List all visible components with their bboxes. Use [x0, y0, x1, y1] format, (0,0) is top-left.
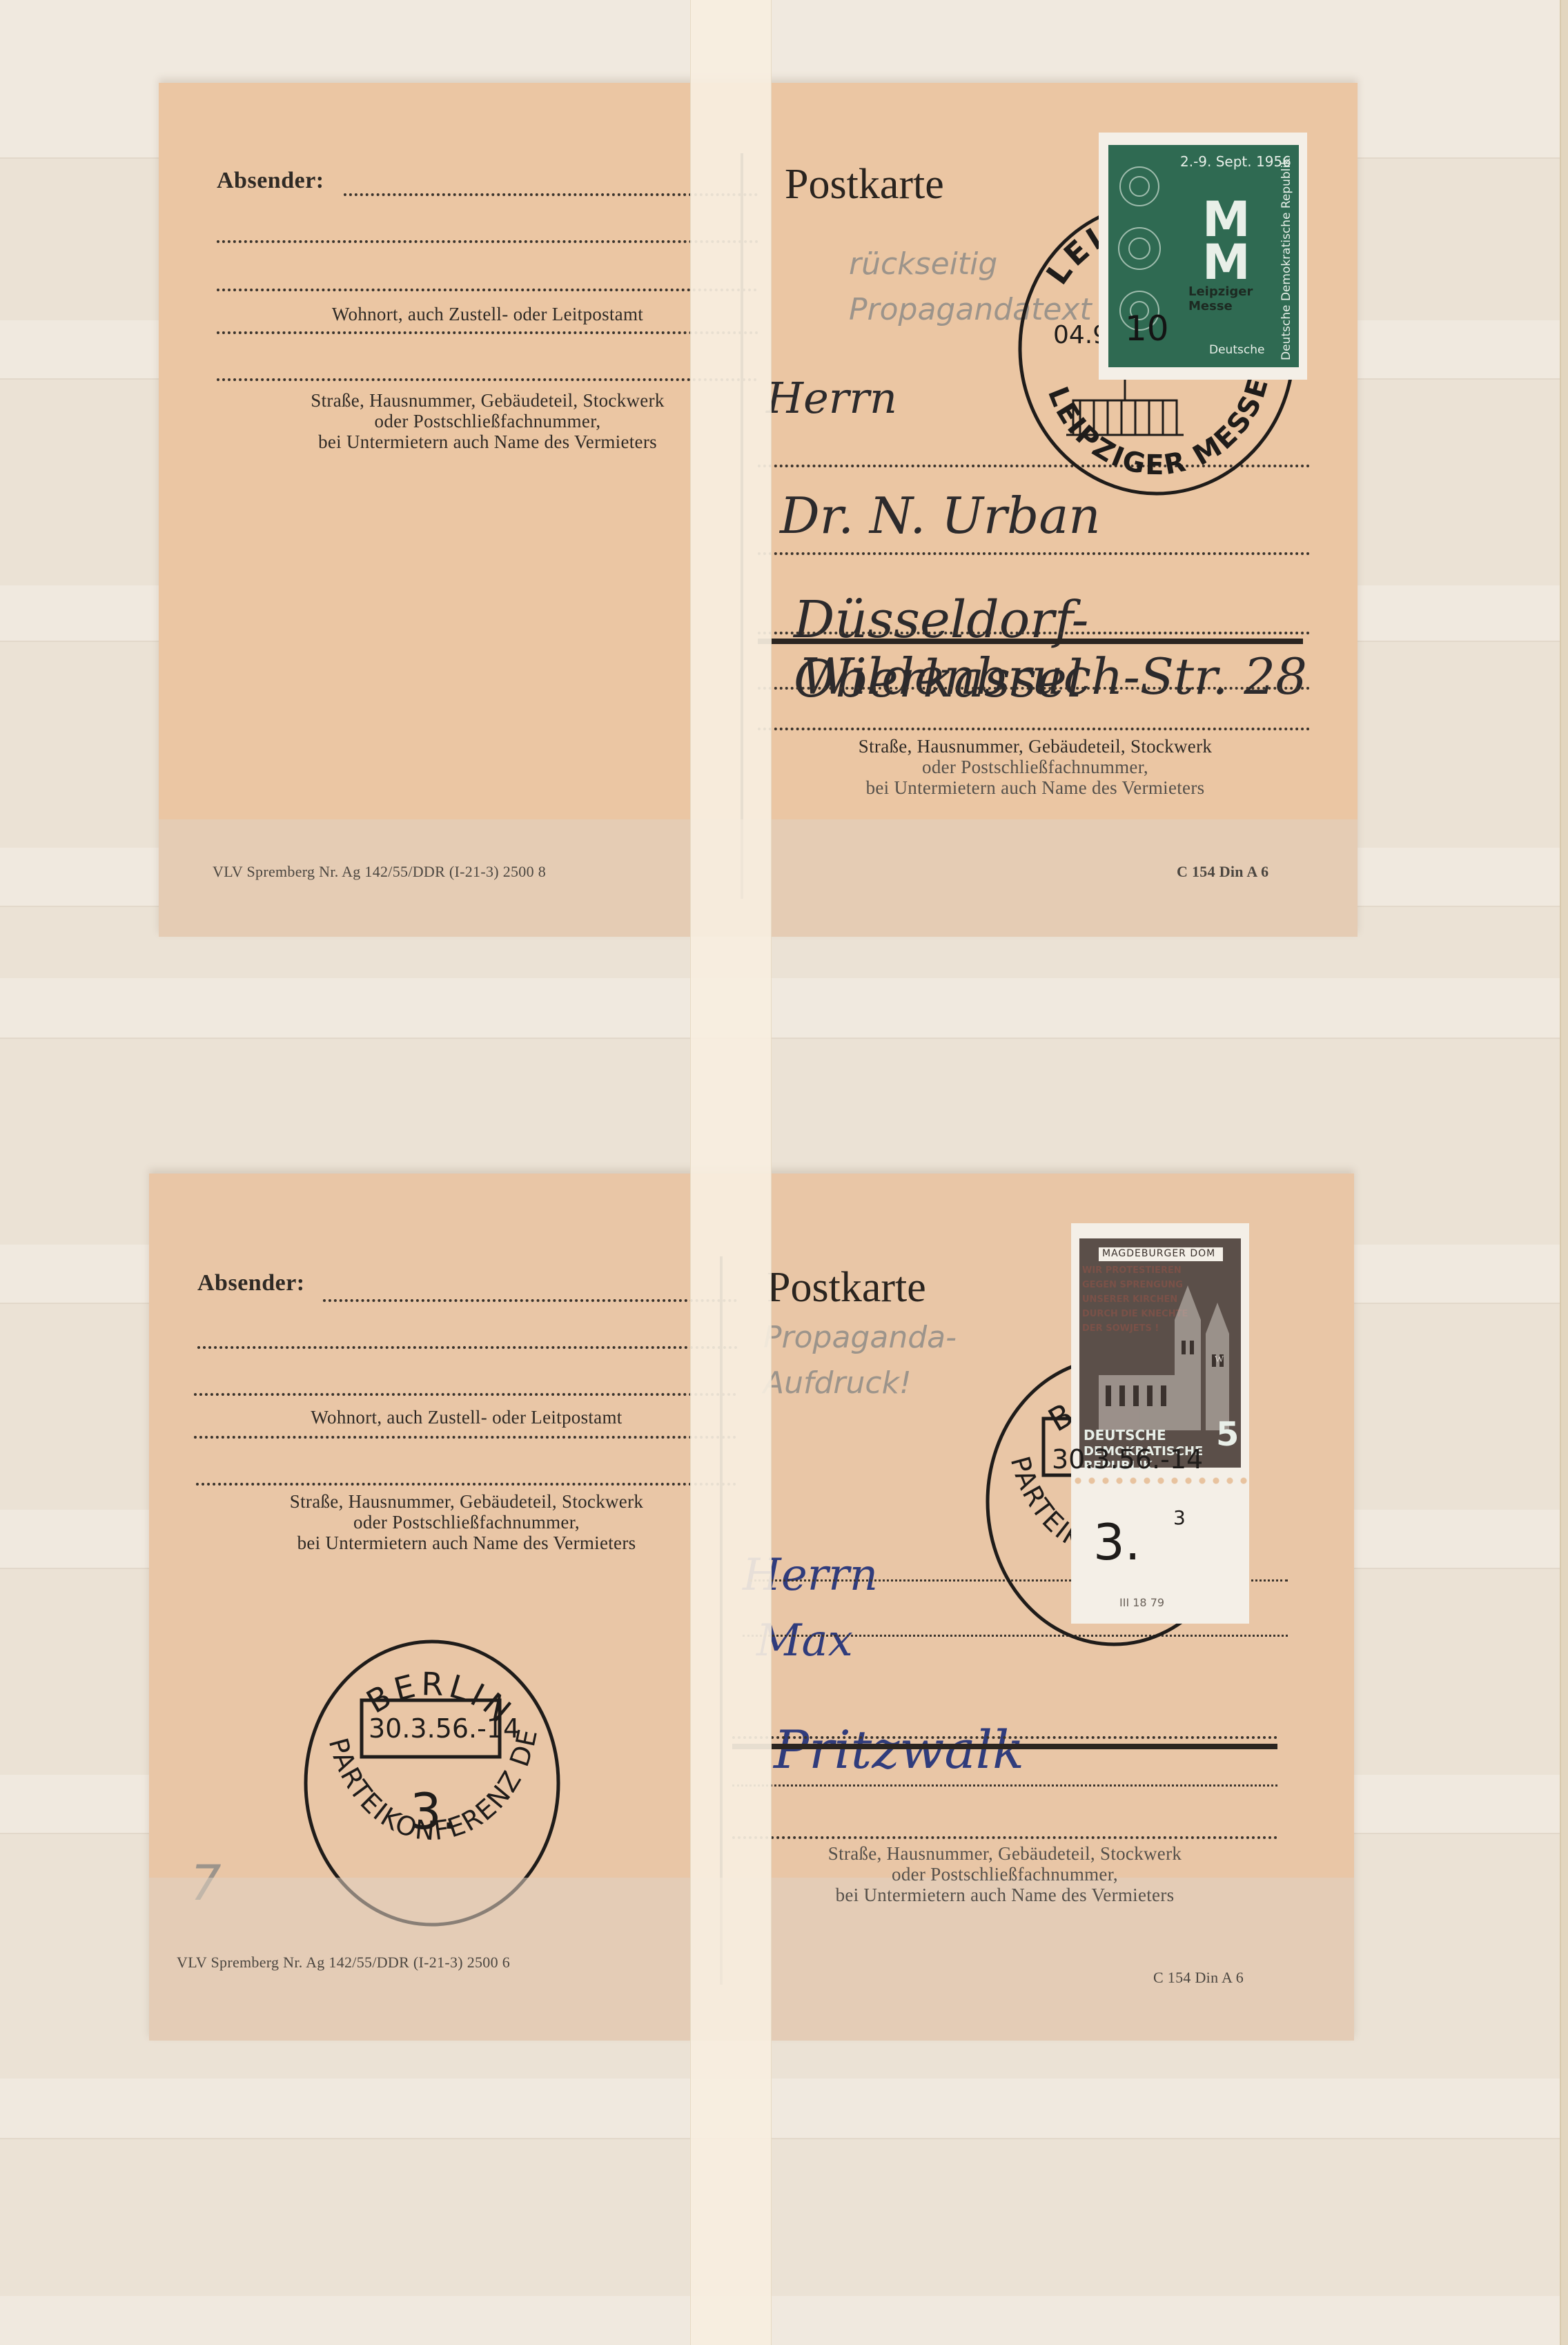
sender-line-2 — [197, 1346, 738, 1349]
stamp-date-text: 2.-9. Sept. 1956 — [1180, 153, 1291, 170]
sender-line-3 — [217, 289, 757, 291]
sender-line-1 — [323, 1299, 737, 1302]
stamp-fair-logo: MM — [1202, 198, 1244, 284]
sender-line-5 — [217, 378, 757, 381]
sender-place-caption: Wohnort, auch Zustell- oder Leitpostamt — [217, 304, 758, 324]
address-line-5 — [732, 1836, 1277, 1839]
postmark-number: 3. — [410, 1782, 458, 1840]
album-pocket — [0, 2138, 1561, 2299]
stamp-value: 10 — [1125, 309, 1169, 349]
address-line-4 — [758, 687, 1310, 690]
postmark-date: 30.3.56.-14 — [369, 1713, 520, 1744]
city-underline — [758, 639, 1303, 644]
sender-place-caption: Wohnort, auch Zustell- oder Leitpostamt — [197, 1407, 736, 1428]
printer-imprint: VLV Spremberg Nr. Ag 142/55/DDR (I-21-3)… — [213, 863, 546, 881]
album-stripe — [0, 2296, 1561, 2345]
stamp-country-side: Deutsche Demokratische Republik — [1280, 158, 1293, 360]
form-number: C 154 Din A 6 — [1177, 863, 1268, 881]
stamp-banner-text: MAGDEBURGER DOM — [1102, 1248, 1215, 1259]
stamp-value: 5 — [1216, 1415, 1239, 1454]
album-stripe — [0, 978, 1561, 1038]
address-line-street: Wildenbruch-Str. 28 — [801, 648, 1307, 706]
sender-line-4 — [194, 1436, 736, 1439]
margin-imprint: III 18 79 — [1119, 1596, 1164, 1609]
perforation-row — [1071, 1477, 1249, 1484]
address-line-2 — [758, 552, 1310, 555]
postmark-number: 3. — [1093, 1513, 1141, 1571]
cathedral-icon — [1085, 1272, 1237, 1423]
stamp-mark: W — [1215, 1354, 1224, 1365]
sender-label: Absender: — [197, 1270, 305, 1296]
sender-line-3 — [194, 1393, 736, 1396]
postmark-date: 30.3.56.-14 — [1052, 1444, 1203, 1475]
recipient-street-caption: Straße, Hausnummer, Gebäudeteil, Stockwe… — [756, 1843, 1253, 1905]
city-underline — [732, 1744, 1277, 1749]
page-edge — [1560, 0, 1568, 2345]
sender-line-5 — [196, 1483, 736, 1486]
sender-line-2 — [217, 240, 758, 243]
town-hall-icon — [1059, 373, 1190, 442]
pencil-note: Propaganda- Aufdruck! — [763, 1315, 957, 1406]
recipient-street-caption: Straße, Hausnummer, Gebäudeteil, Stockwe… — [780, 736, 1291, 798]
stamp-country-bottom: Deutsche — [1209, 343, 1264, 357]
sender-street-caption: Straße, Hausnummer, Gebäudeteil, Stockwe… — [217, 390, 758, 452]
sender-street-caption: Straße, Hausnummer, Gebäudeteil, Stockwe… — [197, 1491, 736, 1553]
address-line-3 — [758, 632, 1310, 634]
postcard-title: Postkarte — [767, 1263, 926, 1312]
postcard-title: Postkarte — [785, 160, 944, 209]
margin-number: 3 — [1173, 1506, 1186, 1529]
address-line-3 — [732, 1736, 1277, 1739]
mounting-strip — [690, 0, 772, 2345]
stamp-country-1: DEUTSCHE — [1084, 1427, 1166, 1443]
stamp-overprint: Leipziger Messe — [1188, 284, 1257, 313]
address-line-4 — [732, 1784, 1277, 1787]
address-line-city: Pritzwalk — [774, 1719, 1024, 1780]
stamp-leipzig-fair: 2.-9. Sept. 1956 MM Leipziger Messe Deut… — [1099, 133, 1307, 380]
printer-imprint: VLV Spremberg Nr. Ag 142/55/DDR (I-21-3)… — [177, 1954, 510, 1972]
sender-line-4 — [217, 331, 758, 334]
form-number: C 154 Din A 6 — [1153, 1969, 1244, 1987]
album-stripe — [0, 2079, 1561, 2138]
sender-label: Absender: — [217, 168, 324, 194]
address-line-salutation: Herrn — [766, 373, 897, 423]
address-line-5 — [758, 728, 1310, 730]
